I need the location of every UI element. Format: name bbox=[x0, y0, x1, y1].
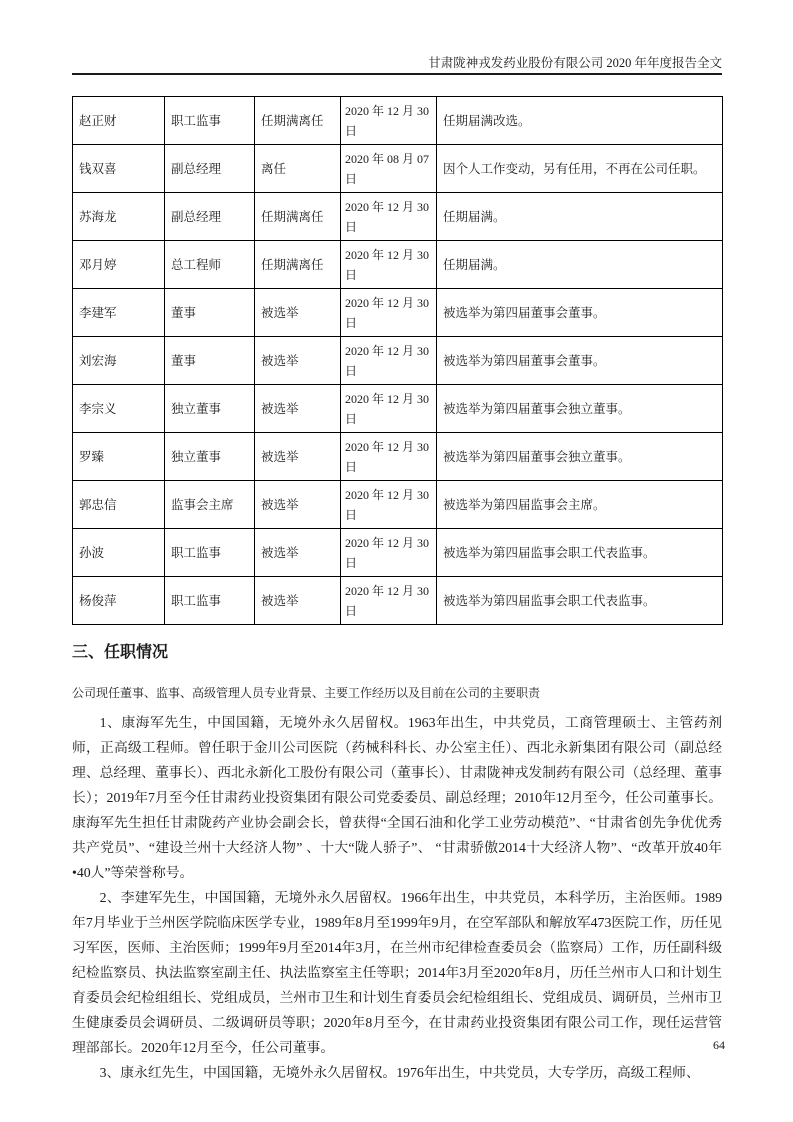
cell-reason: 被选举为第四届监事会职工代表监事。 bbox=[437, 529, 723, 577]
cell-position: 董事 bbox=[165, 337, 255, 385]
cell-name: 刘宏海 bbox=[73, 337, 165, 385]
cell-type: 被选举 bbox=[255, 385, 341, 433]
cell-type: 被选举 bbox=[255, 289, 341, 337]
cell-date: 2020 年 12 月 30 日 bbox=[341, 193, 437, 241]
cell-date: 2020 年 12 月 30 日 bbox=[341, 577, 437, 625]
cell-reason: 被选举为第四届监事会职工代表监事。 bbox=[437, 577, 723, 625]
document-header: 甘肃陇神戎发药业股份有限公司 2020 年年度报告全文 bbox=[72, 0, 722, 75]
cell-type: 离任 bbox=[255, 145, 341, 193]
cell-date: 2020 年 12 月 30 日 bbox=[341, 385, 437, 433]
cell-name: 赵正财 bbox=[73, 97, 165, 145]
cell-reason: 任期届满改选。 bbox=[437, 97, 723, 145]
cell-type: 任期满离任 bbox=[255, 97, 341, 145]
cell-reason: 因个人工作变动，另有任用，不再在公司任职。 bbox=[437, 145, 723, 193]
bio-paragraph-1: 1、康海军先生，中国国籍，无境外永久居留权。1963年出生，中共党员，工商管理硕… bbox=[72, 710, 722, 885]
bio-paragraph-2: 2、李建军先生，中国国籍，无境外永久居留权。1966年出生，中共党员，本科学历，… bbox=[72, 885, 722, 1060]
page-number: 64 bbox=[713, 1038, 725, 1053]
cell-date: 2020 年 12 月 30 日 bbox=[341, 529, 437, 577]
cell-date: 2020 年 12 月 30 日 bbox=[341, 97, 437, 145]
cell-name: 钱双喜 bbox=[73, 145, 165, 193]
cell-position: 董事 bbox=[165, 289, 255, 337]
table-row: 郭忠信监事会主席被选举2020 年 12 月 30 日被选举为第四届监事会主席。 bbox=[73, 481, 723, 529]
table-row: 邓月婷总工程师任期满离任2020 年 12 月 30 日任期届满。 bbox=[73, 241, 723, 289]
table-row: 刘宏海董事被选举2020 年 12 月 30 日被选举为第四届董事会董事。 bbox=[73, 337, 723, 385]
cell-type: 被选举 bbox=[255, 529, 341, 577]
table-row: 钱双喜副总经理离任2020 年 08 月 07 日因个人工作变动，另有任用，不再… bbox=[73, 145, 723, 193]
cell-date: 2020 年 12 月 30 日 bbox=[341, 433, 437, 481]
cell-type: 任期满离任 bbox=[255, 193, 341, 241]
cell-reason: 被选举为第四届监事会主席。 bbox=[437, 481, 723, 529]
cell-position: 职工监事 bbox=[165, 577, 255, 625]
table-row: 李建军董事被选举2020 年 12 月 30 日被选举为第四届董事会董事。 bbox=[73, 289, 723, 337]
section-intro: 公司现任董事、监事、高级管理人员专业背景、主要工作经历以及目前在公司的主要职责 bbox=[72, 685, 722, 701]
cell-reason: 被选举为第四届董事会董事。 bbox=[437, 337, 723, 385]
cell-date: 2020 年 12 月 30 日 bbox=[341, 289, 437, 337]
cell-type: 被选举 bbox=[255, 577, 341, 625]
cell-date: 2020 年 12 月 30 日 bbox=[341, 241, 437, 289]
table-row: 杨俊萍职工监事被选举2020 年 12 月 30 日被选举为第四届监事会职工代表… bbox=[73, 577, 723, 625]
cell-name: 罗臻 bbox=[73, 433, 165, 481]
cell-reason: 任期届满。 bbox=[437, 241, 723, 289]
header-title: 甘肃陇神戎发药业股份有限公司 2020 年年度报告全文 bbox=[428, 56, 722, 70]
report-page: 甘肃陇神戎发药业股份有限公司 2020 年年度报告全文 赵正财职工监事任期满离任… bbox=[0, 0, 793, 1122]
table-row: 苏海龙副总经理任期满离任2020 年 12 月 30 日任期届满。 bbox=[73, 193, 723, 241]
cell-name: 李宗义 bbox=[73, 385, 165, 433]
cell-reason: 任期届满。 bbox=[437, 193, 723, 241]
cell-position: 副总经理 bbox=[165, 145, 255, 193]
cell-position: 副总经理 bbox=[165, 193, 255, 241]
cell-type: 被选举 bbox=[255, 481, 341, 529]
cell-type: 任期满离任 bbox=[255, 241, 341, 289]
bio-paragraph-3: 3、康永红先生，中国国籍，无境外永久居留权。1976年出生，中共党员，大专学历，… bbox=[72, 1060, 722, 1085]
cell-type: 被选举 bbox=[255, 337, 341, 385]
cell-position: 职工监事 bbox=[165, 97, 255, 145]
biography-section: 1、康海军先生，中国国籍，无境外永久居留权。1963年出生，中共党员，工商管理硕… bbox=[72, 710, 722, 1085]
page-content: 甘肃陇神戎发药业股份有限公司 2020 年年度报告全文 赵正财职工监事任期满离任… bbox=[72, 0, 722, 1085]
cell-name: 杨俊萍 bbox=[73, 577, 165, 625]
table-row: 孙波职工监事被选举2020 年 12 月 30 日被选举为第四届监事会职工代表监… bbox=[73, 529, 723, 577]
cell-reason: 被选举为第四届董事会董事。 bbox=[437, 289, 723, 337]
cell-reason: 被选举为第四届董事会独立董事。 bbox=[437, 385, 723, 433]
cell-date: 2020 年 12 月 30 日 bbox=[341, 481, 437, 529]
table-row: 罗臻独立董事被选举2020 年 12 月 30 日被选举为第四届董事会独立董事。 bbox=[73, 433, 723, 481]
cell-name: 郭忠信 bbox=[73, 481, 165, 529]
personnel-changes-table: 赵正财职工监事任期满离任2020 年 12 月 30 日任期届满改选。钱双喜副总… bbox=[72, 96, 723, 625]
cell-position: 职工监事 bbox=[165, 529, 255, 577]
cell-date: 2020 年 08 月 07 日 bbox=[341, 145, 437, 193]
cell-reason: 被选举为第四届董事会独立董事。 bbox=[437, 433, 723, 481]
cell-name: 孙波 bbox=[73, 529, 165, 577]
section-heading: 三、任职情况 bbox=[72, 642, 722, 663]
table-row: 赵正财职工监事任期满离任2020 年 12 月 30 日任期届满改选。 bbox=[73, 97, 723, 145]
cell-position: 独立董事 bbox=[165, 433, 255, 481]
cell-type: 被选举 bbox=[255, 433, 341, 481]
cell-date: 2020 年 12 月 30 日 bbox=[341, 337, 437, 385]
cell-position: 总工程师 bbox=[165, 241, 255, 289]
cell-name: 李建军 bbox=[73, 289, 165, 337]
table-row: 李宗义独立董事被选举2020 年 12 月 30 日被选举为第四届董事会独立董事… bbox=[73, 385, 723, 433]
cell-position: 监事会主席 bbox=[165, 481, 255, 529]
cell-name: 苏海龙 bbox=[73, 193, 165, 241]
cell-name: 邓月婷 bbox=[73, 241, 165, 289]
cell-position: 独立董事 bbox=[165, 385, 255, 433]
